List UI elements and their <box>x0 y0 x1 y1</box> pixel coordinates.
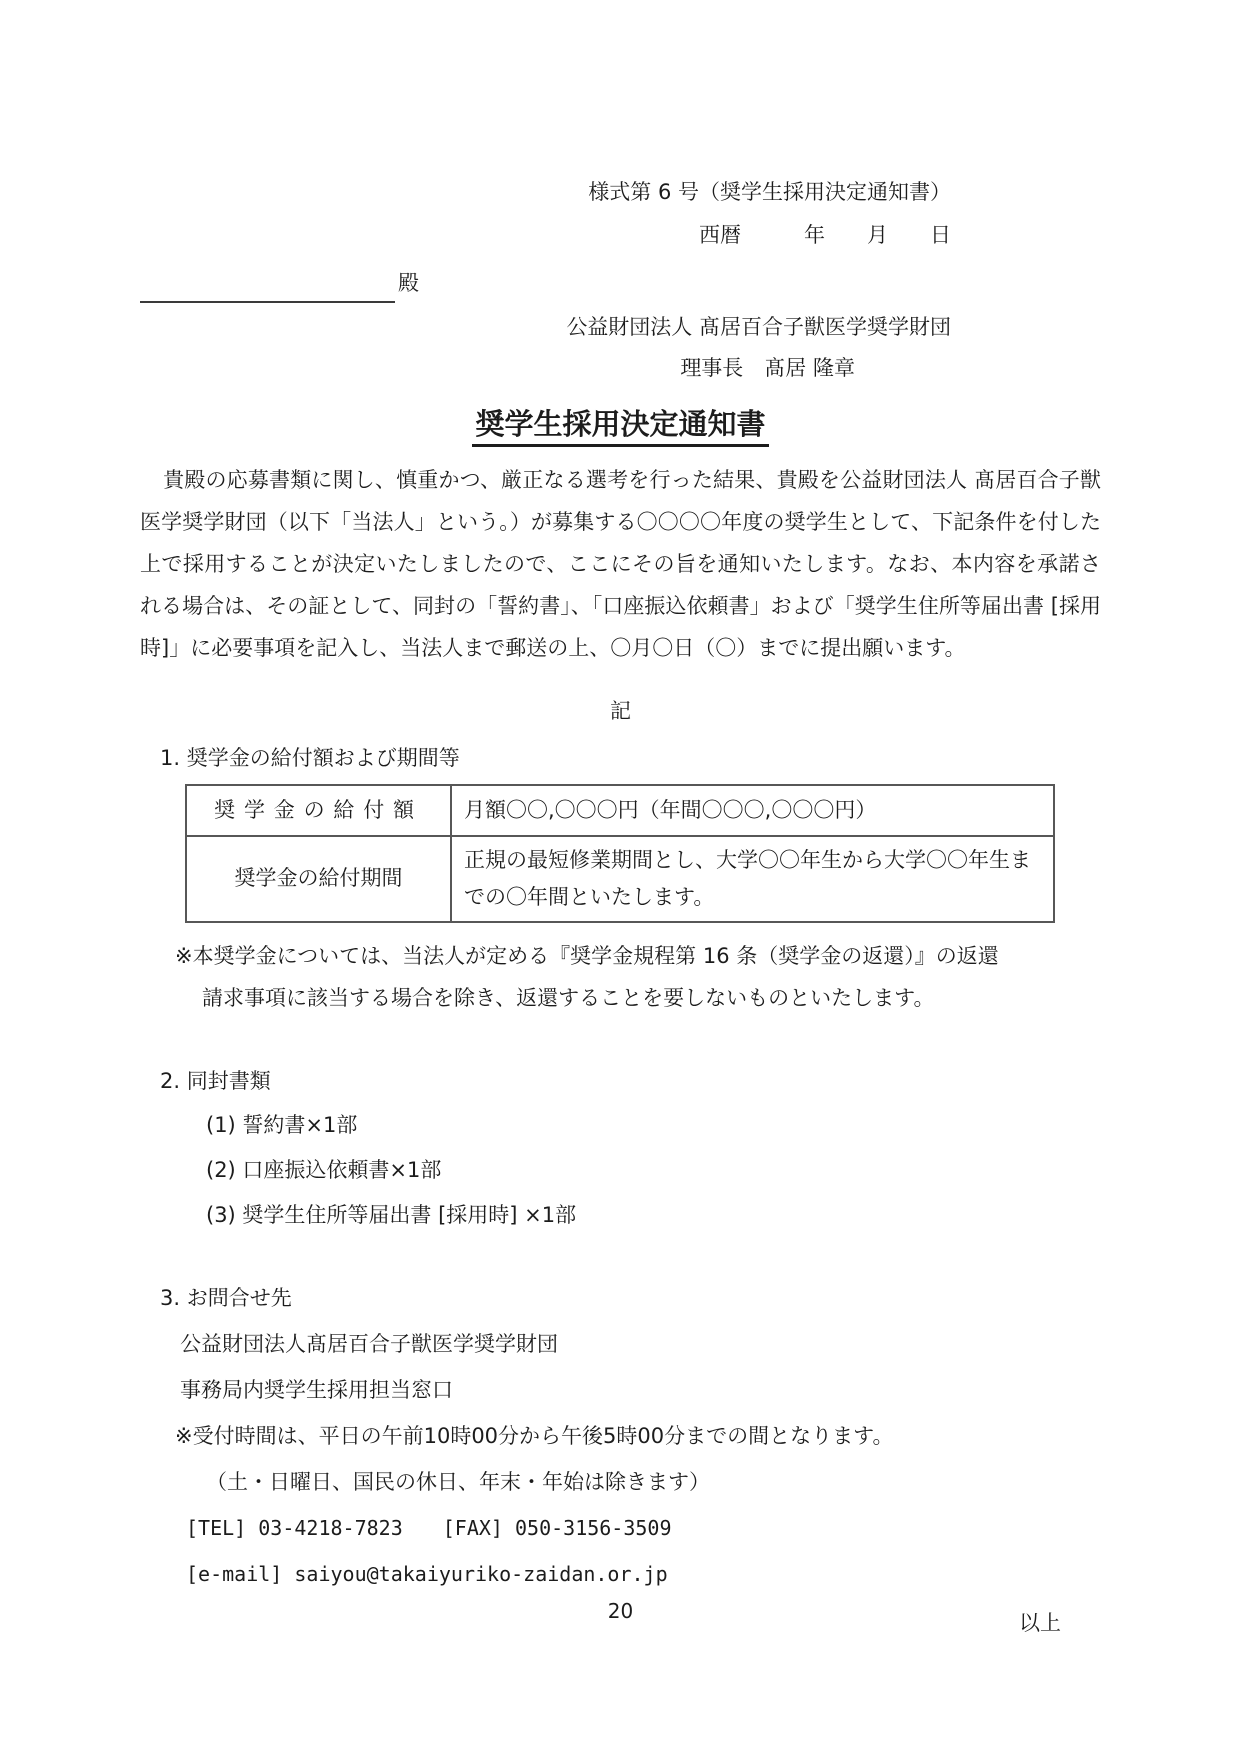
document-title: 奨学生採用決定通知書 <box>140 402 1101 447</box>
section1-heading: 1. 奨学金の給付額および期間等 <box>160 742 1101 775</box>
record-marker: 記 <box>140 695 1101 728</box>
grant-amount-label: 奨学金の給付額 <box>186 785 451 836</box>
contact-hours-note: ※受付時間は、平日の午前10時00分から午後5時00分までの間となります。 <box>175 1420 1101 1453</box>
addressee-line: 殿 <box>140 263 1101 303</box>
enclosure-item-1: (1) 誓約書×1部 <box>206 1108 1101 1142</box>
grant-amount-value: 月額〇〇,〇〇〇円（年間〇〇〇,〇〇〇円） <box>451 785 1054 836</box>
contact-holiday-note: （土・日曜日、国民の休日、年末・年始は除きます） <box>206 1466 1101 1499</box>
grant-period-label: 奨学金の給付期間 <box>186 836 451 922</box>
repayment-note-line2: 請求事項に該当する場合を除き、返還することを要しないものといたします。 <box>140 977 1101 1019</box>
notice-document-page: 様式第 6 号（奨学生採用決定通知書） 西暦 年 月 日 殿 公益財団法人 髙居… <box>0 0 1241 1755</box>
addressee-honorific: 殿 <box>398 271 419 295</box>
enclosure-item-2: (2) 口座振込依頼書×1部 <box>206 1153 1101 1187</box>
contact-tel-fax: [TEL] 03-4218-7823 [FAX] 050-3156-3509 <box>186 1512 1101 1545</box>
contact-desk: 事務局内奨学生採用担当窓口 <box>180 1374 1101 1407</box>
table-row: 奨学金の給付額 月額〇〇,〇〇〇円（年間〇〇〇,〇〇〇円） <box>186 785 1054 836</box>
grant-table: 奨学金の給付額 月額〇〇,〇〇〇円（年間〇〇〇,〇〇〇円） 奨学金の給付期間 正… <box>185 784 1055 923</box>
form-number: 様式第 6 号（奨学生採用決定通知書） <box>140 176 1101 209</box>
repayment-note-line1: ※本奨学金については、当法人が定める『奨学金規程第 16 条（奨学金の返還）』の… <box>140 935 1101 977</box>
contact-organization: 公益財団法人髙居百合子獣医学奨学財団 <box>180 1328 1101 1361</box>
section2-heading: 2. 同封書類 <box>160 1065 1101 1098</box>
body-paragraph: 貴殿の応募書類に関し、慎重かつ、厳正なる選考を行った結果、貴殿を公益財団法人 髙… <box>140 459 1101 669</box>
table-row: 奨学金の給付期間 正規の最短修業期間とし、大学〇〇年生から大学〇〇年生までの〇年… <box>186 836 1054 922</box>
sender-representative: 理事長 髙居 隆章 <box>140 352 1101 385</box>
date-line: 西暦 年 月 日 <box>140 219 1101 252</box>
grant-period-value: 正規の最短修業期間とし、大学〇〇年生から大学〇〇年生までの〇年間といたします。 <box>451 836 1054 922</box>
page-number: 20 <box>0 1596 1241 1627</box>
enclosure-item-3: (3) 奨学生住所等届出書 [採用時] ×1部 <box>206 1198 1101 1232</box>
contact-email: [e-mail] saiyou@takaiyuriko-zaidan.or.jp <box>186 1558 1101 1591</box>
section3-heading: 3. お問合せ先 <box>160 1282 1101 1315</box>
addressee-name-blank <box>140 273 395 303</box>
sender-organization: 公益財団法人 髙居百合子獣医学奨学財団 <box>140 311 1101 344</box>
